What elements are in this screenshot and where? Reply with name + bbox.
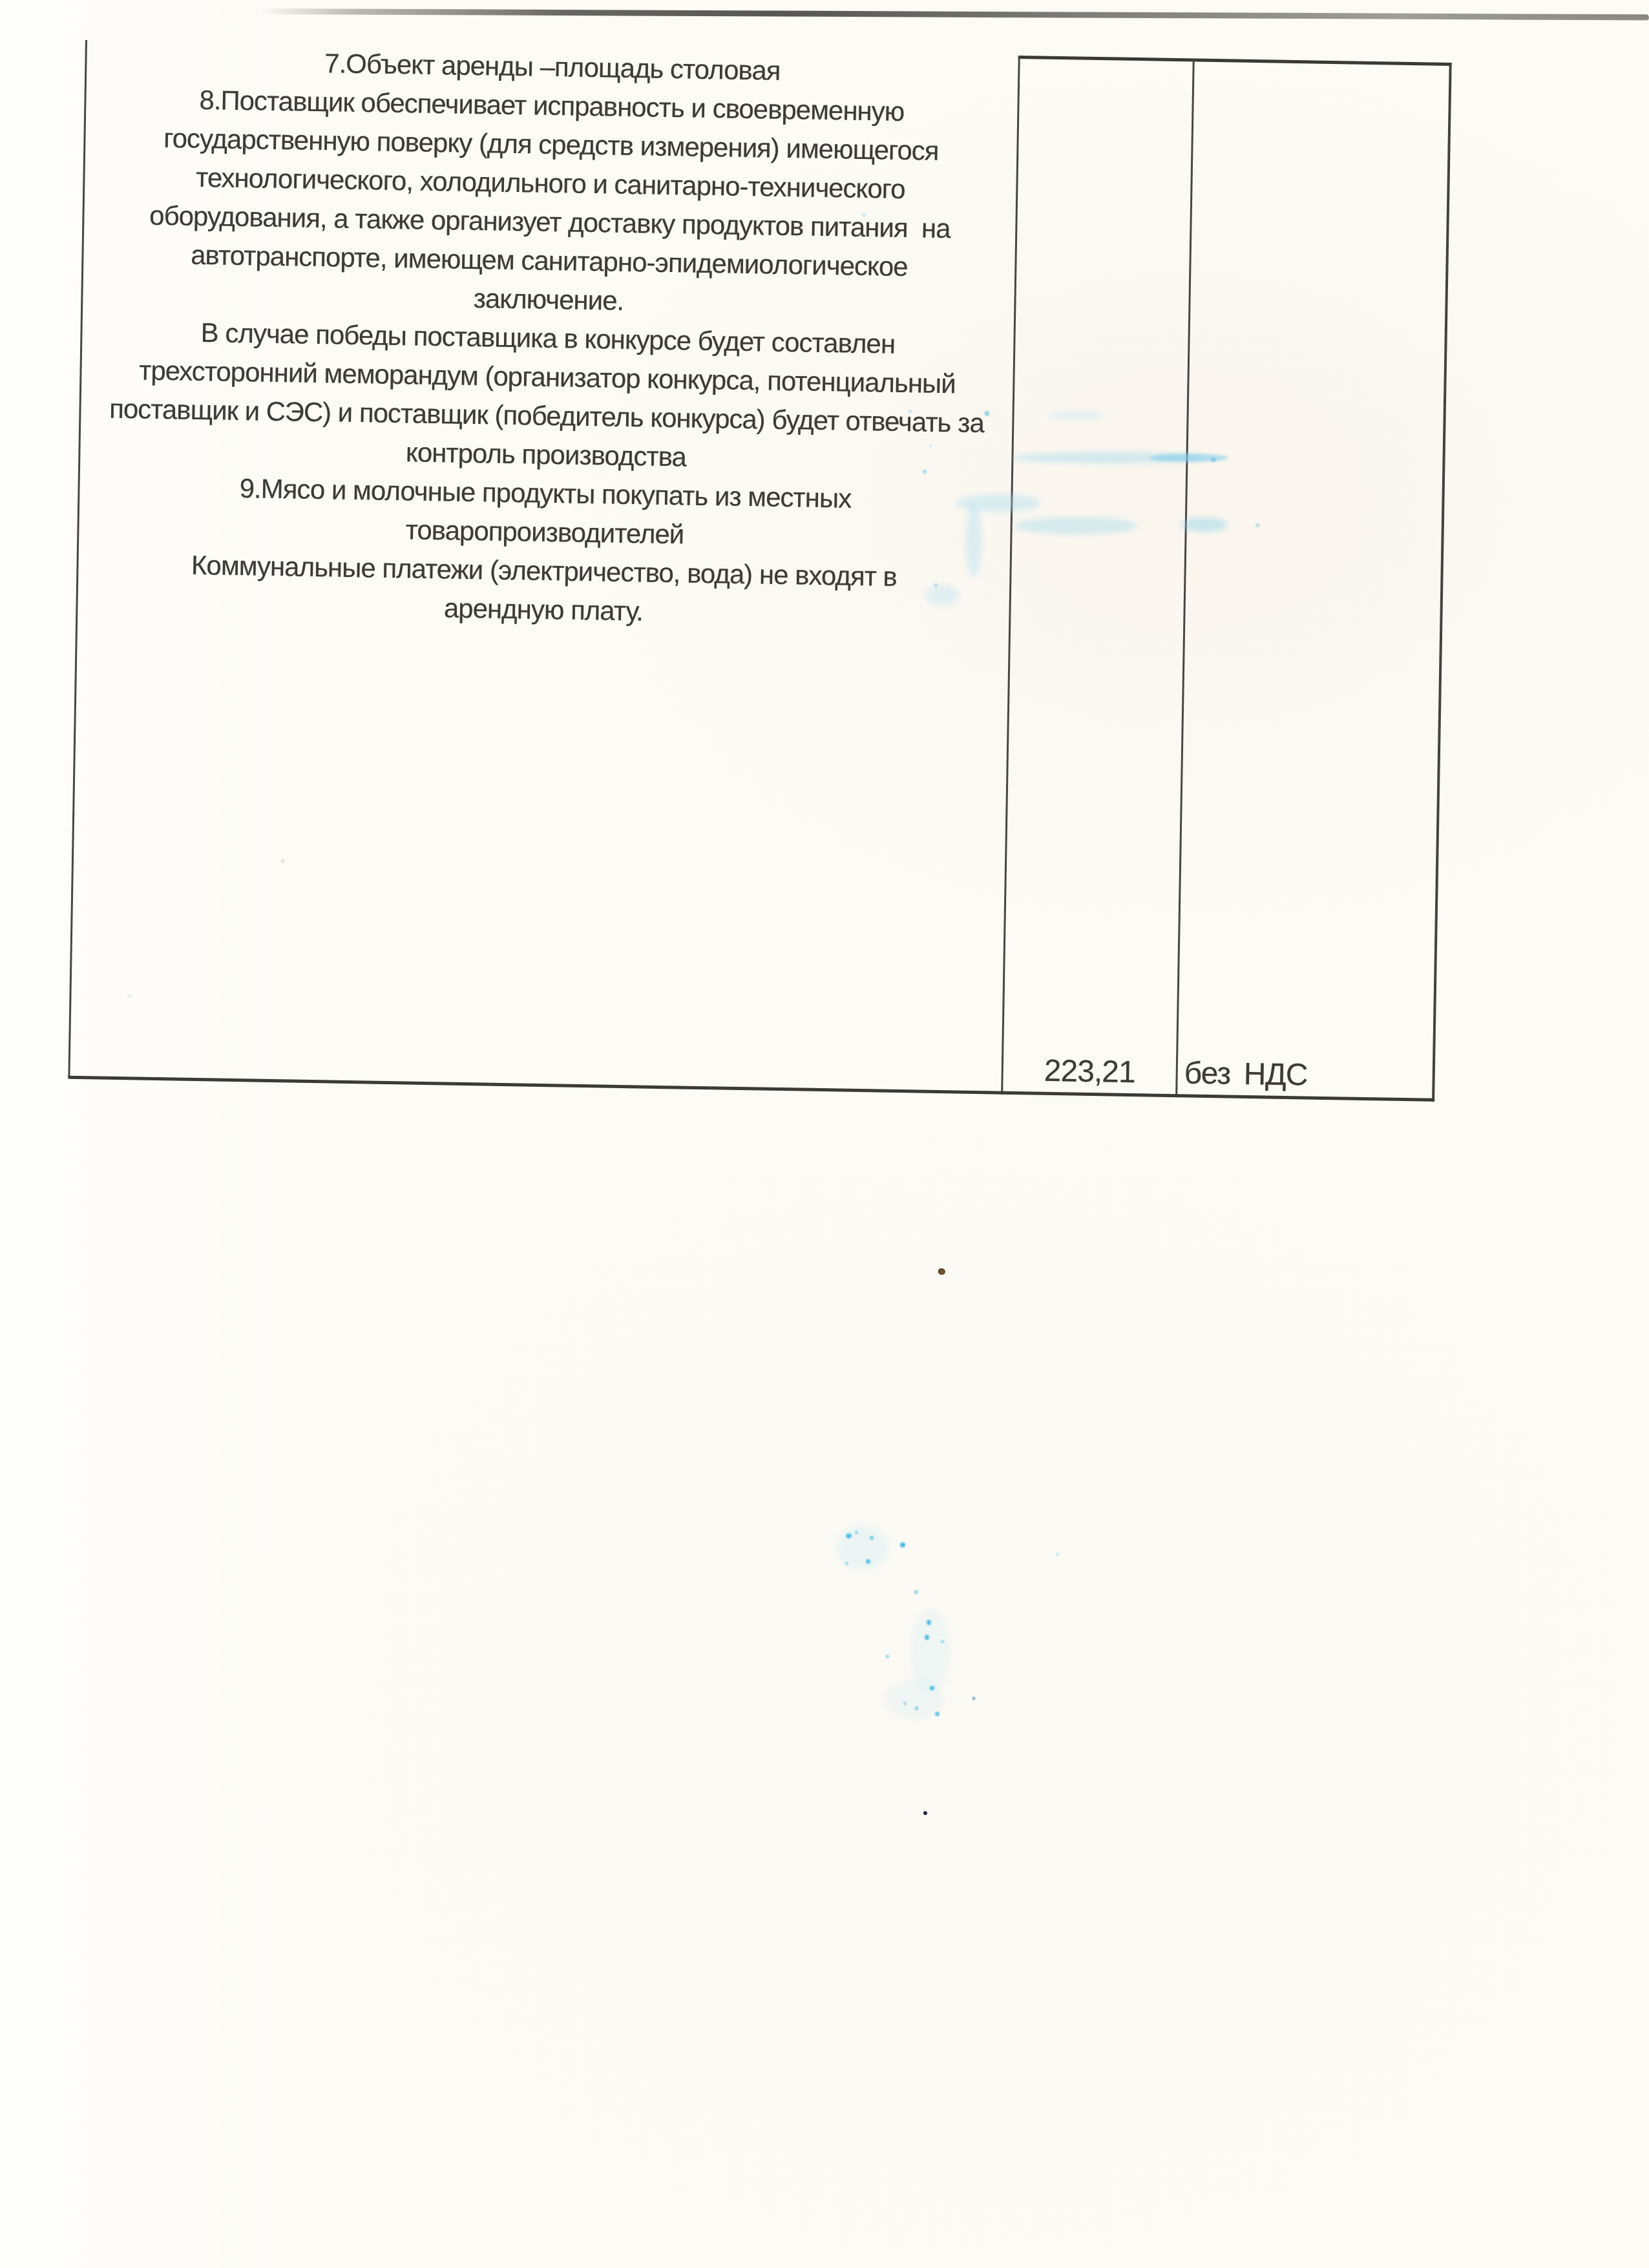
vat-cell: без НДС bbox=[1177, 58, 1449, 1098]
debris-dot-dark bbox=[923, 1811, 927, 1815]
scanner-edge-streak-secondary bbox=[1506, 17, 1649, 20]
contract-table: 7.Объект аренды –площадь столовая 8.Пост… bbox=[68, 40, 1451, 1102]
terms-text-cell: 7.Объект аренды –площадь столовая 8.Пост… bbox=[70, 40, 1018, 1089]
price-value: 223,21 bbox=[1044, 1055, 1135, 1089]
vat-note: без НДС bbox=[1184, 1056, 1308, 1092]
price-cell: 223,21 bbox=[1003, 56, 1193, 1094]
debris-dot-brown bbox=[938, 1268, 945, 1275]
scanner-edge-streak bbox=[260, 8, 1649, 20]
